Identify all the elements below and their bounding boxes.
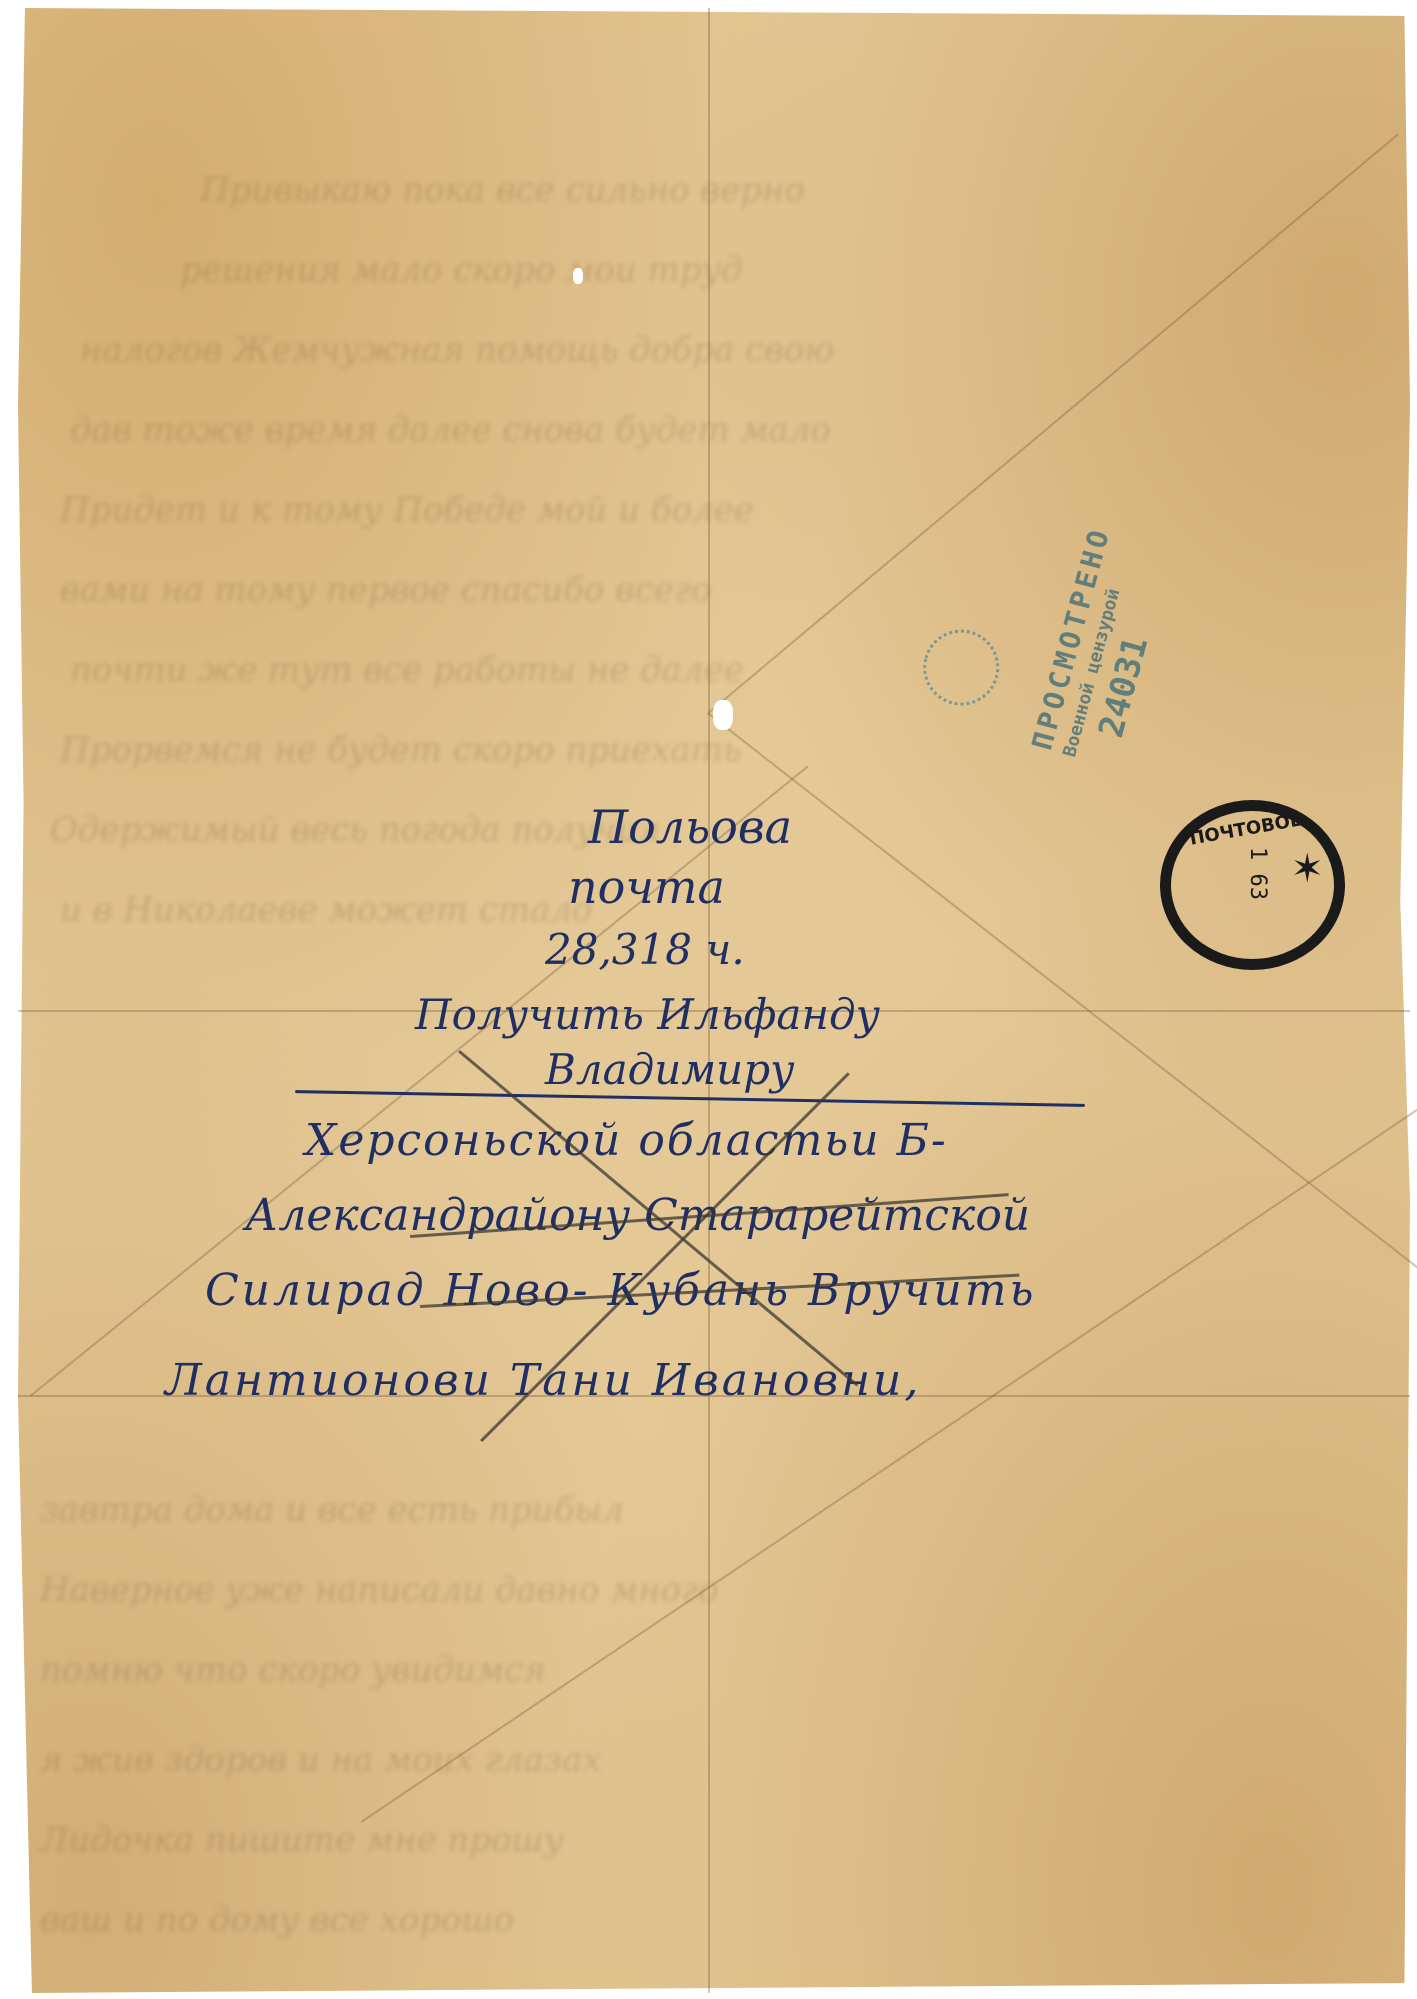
- postmark-stamp: ПОЧТОВОЕ 1 63 ✶: [1160, 800, 1345, 970]
- field-post-number: 28,318 ч.: [545, 925, 745, 974]
- address-line-2: Александрайону Старарейтской: [245, 1190, 1030, 1241]
- sender-line-2: почта: [568, 860, 725, 914]
- star-icon: ✶: [1290, 846, 1324, 892]
- recipient-line-1: Получить Ильфанду: [415, 990, 880, 1039]
- paper-hole: [713, 700, 733, 730]
- paper-hole: [573, 268, 583, 284]
- recipient-line-2: Владимиру: [545, 1045, 794, 1094]
- sender-line-1: Польова: [588, 800, 792, 854]
- address-line-1: Херсоньской областьи Б-: [305, 1115, 948, 1166]
- address-line-3: Силирад Ново- Кубань Вручить: [205, 1265, 1036, 1316]
